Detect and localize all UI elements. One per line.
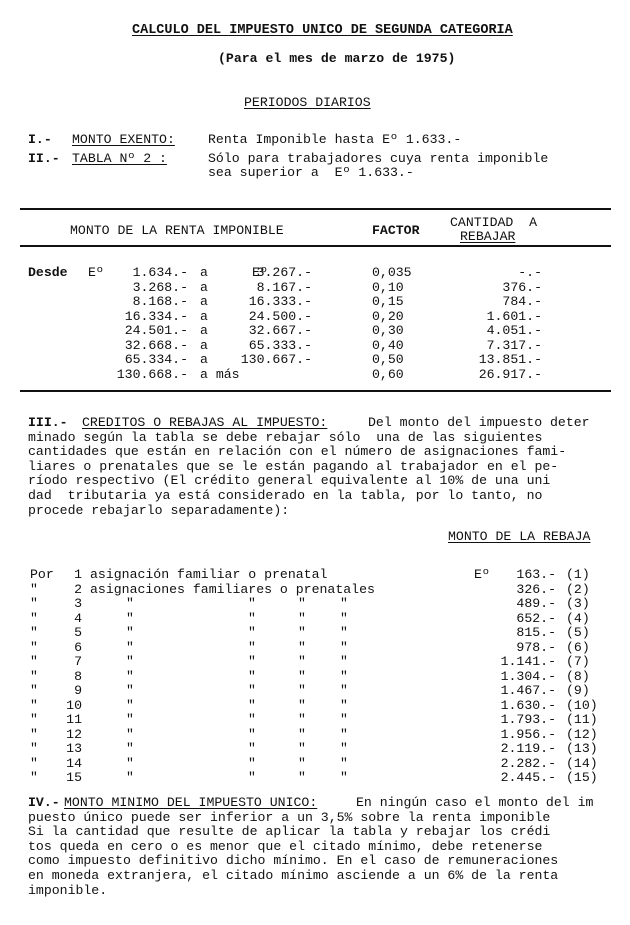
ditto-mark: " <box>30 728 38 742</box>
header-rebajar: REBAJAR <box>460 230 515 244</box>
ditto-mark: " <box>340 612 348 626</box>
table-bottom-rule <box>20 390 611 392</box>
ditto-mark: " <box>298 742 306 756</box>
ditto-mark: " <box>248 728 256 742</box>
ditto-mark: " <box>30 699 38 713</box>
reference-number: (15) <box>566 771 598 785</box>
ditto-mark: " <box>298 626 306 640</box>
factor-value: 0,10 <box>372 281 404 295</box>
section-2-numeral: II.- <box>28 152 60 166</box>
section-3-label: CREDITOS O REBAJAS AL IMPUESTO: <box>82 416 327 430</box>
header-factor: FACTOR <box>372 224 419 238</box>
section-2-text-line2: sea superior a Eº 1.633.- <box>208 166 414 180</box>
count-number: 4 <box>74 612 82 626</box>
paragraph-line: dad tributaria ya está considerado en la… <box>28 489 542 503</box>
range-separator: a más <box>200 368 240 382</box>
section-3-numeral: III.- <box>28 416 68 430</box>
ditto-mark: " <box>126 713 134 727</box>
paragraph-line: liares o prenatales que se le están paga… <box>28 460 558 474</box>
ditto-mark: " <box>298 699 306 713</box>
range-separator: a <box>200 310 208 324</box>
ditto-mark: " <box>298 612 306 626</box>
ditto-mark: " <box>126 670 134 684</box>
reference-number: (2) <box>566 583 590 597</box>
reference-number: (4) <box>566 612 590 626</box>
ditto-mark: " <box>126 597 134 611</box>
range-to: 16.333.- <box>249 295 312 309</box>
ditto-mark: " <box>248 713 256 727</box>
rebaja-value: 7.317.- <box>487 339 542 353</box>
reference-number: (11) <box>566 713 598 727</box>
factor-value: 0,50 <box>372 353 404 367</box>
row-description: asignación familiar o prenatal <box>90 568 327 582</box>
rebaja-amount: 326.- <box>516 583 556 597</box>
ditto-mark: " <box>340 771 348 785</box>
ditto-mark: " <box>30 713 38 727</box>
rebaja-amount: 1.793.- <box>501 713 556 727</box>
paragraph-line: en moneda extranjera, el citado mínimo a… <box>28 869 558 883</box>
range-from: 3.268.- <box>133 281 188 295</box>
ditto-mark: " <box>30 597 38 611</box>
ditto-mark: " <box>248 699 256 713</box>
reference-number: (14) <box>566 757 598 771</box>
ditto-mark: " <box>298 728 306 742</box>
paragraph-line: cantidades que están en relación con el … <box>28 445 566 459</box>
count-number: 10 <box>66 699 82 713</box>
count-number: 3 <box>74 597 82 611</box>
paragraph-line: como impuesto definitivo dicho mínimo. E… <box>28 854 558 868</box>
ditto-mark: " <box>298 597 306 611</box>
rebaja-amount: 489.- <box>516 597 556 611</box>
rebaja-amount: 1.141.- <box>501 655 556 669</box>
count-number: 2 <box>74 583 82 597</box>
rebaja-amount: 2.282.- <box>501 757 556 771</box>
ditto-mark: " <box>340 713 348 727</box>
paragraph-line: minado según la tabla se debe rebajar só… <box>28 431 542 445</box>
section-1-label: MONTO EXENTO: <box>72 133 175 147</box>
ditto-mark: " <box>298 641 306 655</box>
reference-number: (5) <box>566 626 590 640</box>
range-to: 3.267.- <box>257 266 312 280</box>
ditto-mark: " <box>126 699 134 713</box>
header-monto: MONTO DE LA RENTA IMPONIBLE <box>70 224 284 238</box>
count-number: 1 <box>74 568 82 582</box>
ditto-mark: " <box>298 670 306 684</box>
ditto-mark: " <box>248 612 256 626</box>
ditto-mark: " <box>298 684 306 698</box>
ditto-mark: " <box>340 626 348 640</box>
count-number: 15 <box>66 771 82 785</box>
ditto-mark: " <box>340 728 348 742</box>
ditto-mark: " <box>248 597 256 611</box>
table-header-rule <box>20 245 611 247</box>
ditto-mark: " <box>126 742 134 756</box>
range-from: 24.501.- <box>125 324 188 338</box>
range-from: 16.334.- <box>125 310 188 324</box>
currency-symbol: Eº <box>474 568 490 582</box>
ditto-mark: " <box>340 742 348 756</box>
range-to: 65.333.- <box>249 339 312 353</box>
ditto-mark: " <box>30 655 38 669</box>
rebaja-value: 1.601.- <box>487 310 542 324</box>
rebaja-amount: 2.445.- <box>501 771 556 785</box>
por-label: Por <box>30 568 54 582</box>
range-from: 32.668.- <box>125 339 188 353</box>
rebaja-amount: 815.- <box>516 626 556 640</box>
paragraph-line: procede rebajarlo separadamente): <box>28 504 289 518</box>
ditto-mark: " <box>340 699 348 713</box>
paragraph-line: imponible. <box>28 884 107 898</box>
rebaja-amount: 1.630.- <box>501 699 556 713</box>
table-top-rule <box>20 208 611 210</box>
ditto-mark: " <box>248 641 256 655</box>
paragraph-line: puesto único puede ser inferior a un 3,5… <box>28 811 550 825</box>
ditto-mark: " <box>298 655 306 669</box>
document-subtitle: (Para el mes de marzo de 1975) <box>218 52 455 66</box>
ditto-mark: " <box>30 757 38 771</box>
section-1-numeral: I.- <box>28 133 52 147</box>
count-number: 11 <box>66 713 82 727</box>
ditto-mark: " <box>30 670 38 684</box>
paragraph-line: En ningún caso el monto del im <box>356 796 593 810</box>
ditto-mark: " <box>126 626 134 640</box>
ditto-mark: " <box>248 670 256 684</box>
range-from: 130.668.- <box>117 368 188 382</box>
rebaja-amount: 1.304.- <box>501 670 556 684</box>
factor-value: 0,15 <box>372 295 404 309</box>
reference-number: (9) <box>566 684 590 698</box>
ditto-mark: " <box>30 684 38 698</box>
count-number: 7 <box>74 655 82 669</box>
header-cantidad: CANTIDAD A <box>450 216 537 230</box>
ditto-mark: " <box>126 771 134 785</box>
ditto-mark: " <box>340 597 348 611</box>
count-number: 5 <box>74 626 82 640</box>
ditto-mark: " <box>126 757 134 771</box>
factor-value: 0,30 <box>372 324 404 338</box>
count-number: 14 <box>66 757 82 771</box>
rebaja-value: 13.851.- <box>479 353 542 367</box>
range-separator: a <box>200 324 208 338</box>
reference-number: (7) <box>566 655 590 669</box>
section-2-text-line1: Sólo para trabajadores cuya renta imponi… <box>208 152 548 166</box>
range-to: 32.667.- <box>249 324 312 338</box>
ditto-mark: " <box>340 757 348 771</box>
count-number: 12 <box>66 728 82 742</box>
reference-number: (10) <box>566 699 598 713</box>
ditto-mark: " <box>30 626 38 640</box>
period-heading: PERIODOS DIARIOS <box>244 96 371 110</box>
reference-number: (6) <box>566 641 590 655</box>
ditto-mark: " <box>298 757 306 771</box>
reference-number: (3) <box>566 597 590 611</box>
reference-number: (1) <box>566 568 590 582</box>
ditto-mark: " <box>248 626 256 640</box>
factor-value: 0,035 <box>372 266 412 280</box>
section-1-text: Renta Imponible hasta Eº 1.633.- <box>208 133 461 147</box>
rebaja-column-header: MONTO DE LA REBAJA <box>448 530 590 544</box>
row-description: asignaciones familiares o prenatales <box>90 583 375 597</box>
ditto-mark: " <box>30 641 38 655</box>
ditto-mark: " <box>126 655 134 669</box>
count-number: 8 <box>74 670 82 684</box>
paragraph-line: ríodo respectivo (El crédito general equ… <box>28 474 550 488</box>
factor-value: 0,60 <box>372 368 404 382</box>
ditto-mark: " <box>298 713 306 727</box>
ditto-mark: " <box>126 612 134 626</box>
rebaja-amount: 163.- <box>516 568 556 582</box>
rebaja-value: -.- <box>518 266 542 280</box>
factor-value: 0,20 <box>372 310 404 324</box>
ditto-mark: " <box>248 684 256 698</box>
ditto-mark: " <box>30 612 38 626</box>
ditto-mark: " <box>340 670 348 684</box>
range-separator: a <box>200 266 208 280</box>
range-from: 8.168.- <box>133 295 188 309</box>
desde-label: Desde <box>28 266 68 280</box>
document-title: CALCULO DEL IMPUESTO UNICO DE SEGUNDA CA… <box>132 24 513 38</box>
ditto-mark: " <box>298 771 306 785</box>
ditto-mark: " <box>30 742 38 756</box>
range-separator: a <box>200 339 208 353</box>
ditto-mark: " <box>340 684 348 698</box>
paragraph-line: tos queda en cero o es menor que el cita… <box>28 840 542 854</box>
range-to: 8.167.- <box>257 281 312 295</box>
rebaja-value: 784.- <box>502 295 542 309</box>
ditto-mark: " <box>248 742 256 756</box>
ditto-mark: " <box>30 771 38 785</box>
reference-number: (13) <box>566 742 598 756</box>
rebaja-amount: 2.119.- <box>501 742 556 756</box>
range-from: 65.334.- <box>125 353 188 367</box>
section-2-label: TABLA Nº 2 : <box>72 152 167 166</box>
rebaja-amount: 978.- <box>516 641 556 655</box>
ditto-mark: " <box>126 728 134 742</box>
factor-value: 0,40 <box>372 339 404 353</box>
reference-number: (12) <box>566 728 598 742</box>
currency-symbol: Eº <box>88 266 104 280</box>
section-4-numeral: IV.- <box>28 796 60 810</box>
section-4-label: MONTO MINIMO DEL IMPUESTO UNICO: <box>64 796 317 810</box>
ditto-mark: " <box>248 771 256 785</box>
range-separator: a <box>200 295 208 309</box>
range-to: 130.667.- <box>241 353 312 367</box>
rebaja-value: 376.- <box>502 281 542 295</box>
rebaja-amount: 1.956.- <box>501 728 556 742</box>
rebaja-value: 4.051.- <box>487 324 542 338</box>
range-from: 1.634.- <box>133 266 188 280</box>
rebaja-value: 26.917.- <box>479 368 542 382</box>
reference-number: (8) <box>566 670 590 684</box>
paragraph-line: Del monto del impuesto deter <box>368 416 590 430</box>
ditto-mark: " <box>340 655 348 669</box>
count-number: 6 <box>74 641 82 655</box>
count-number: 9 <box>74 684 82 698</box>
paragraph-line: Si la cantidad que resulte de aplicar la… <box>28 825 550 839</box>
ditto-mark: " <box>248 655 256 669</box>
range-separator: a <box>200 353 208 367</box>
rebaja-amount: 1.467.- <box>501 684 556 698</box>
rebaja-amount: 652.- <box>516 612 556 626</box>
ditto-mark: " <box>30 583 38 597</box>
ditto-mark: " <box>126 641 134 655</box>
range-separator: a <box>200 281 208 295</box>
count-number: 13 <box>66 742 82 756</box>
ditto-mark: " <box>126 684 134 698</box>
range-to: 24.500.- <box>249 310 312 324</box>
ditto-mark: " <box>248 757 256 771</box>
ditto-mark: " <box>340 641 348 655</box>
